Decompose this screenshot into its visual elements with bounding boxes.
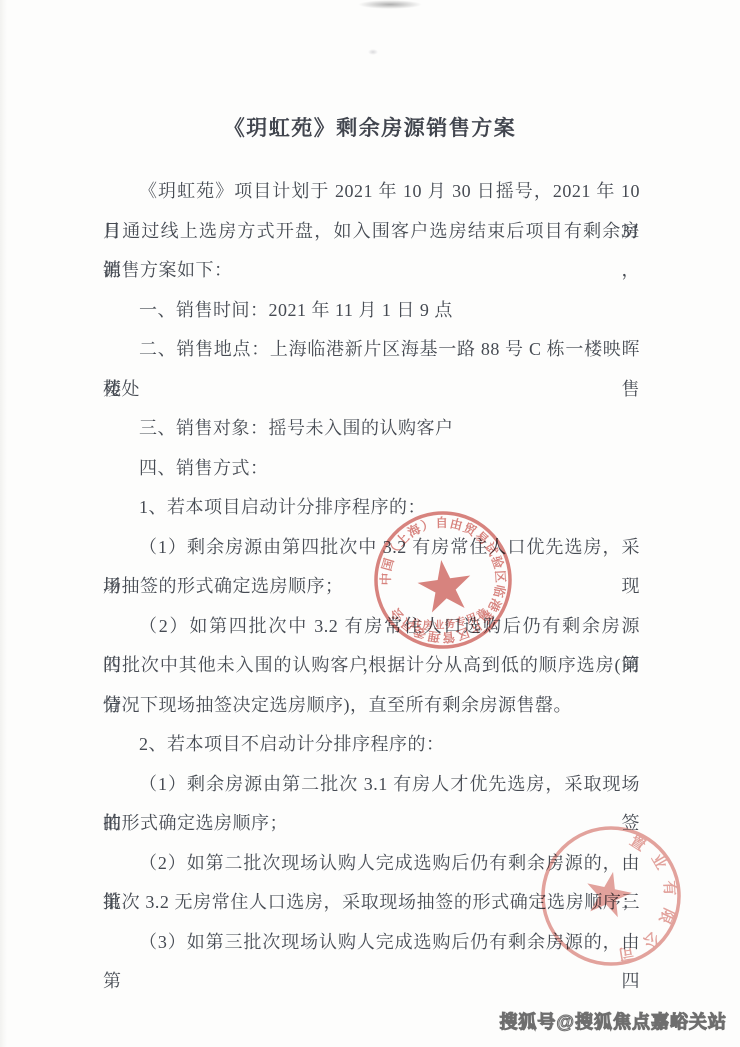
scan-artifact-smudge: [358, 0, 422, 9]
document-line: （2）如第四批次中 3.2 有房常住人口选购后仍有剩余房源的，第: [103, 607, 640, 647]
document-body: 《玥虹苑》项目计划于 2021 年 10 月 30 日摇号，2021 年 10 …: [103, 172, 640, 962]
document-line: 一、销售时间：2021 年 11 月 1 日 9 点: [103, 291, 640, 331]
document-line: 二、销售地点：上海临港新片区海基一路 88 号 C 栋一楼映晖苑售: [103, 330, 640, 370]
document-line: 1、若本项目启动计分排序程序的：: [103, 488, 640, 528]
document-line: 日通过线上选房方式开盘，如入围客户选房结束后项目有剩余房源，: [103, 212, 640, 252]
document-line: （3）如第三批次现场认购人完成选购后仍有剩余房源的，由第四: [103, 923, 640, 963]
scan-artifact-dot: [368, 49, 378, 55]
document-line: （1）剩余房源由第四批次中 3.2 有房常住人口优先选房，采用现: [103, 528, 640, 568]
document-line: （2）如第二批次现场认购人完成选购后仍有剩余房源的，由第三: [103, 844, 640, 884]
document-line: 《玥虹苑》项目计划于 2021 年 10 月 30 日摇号，2021 年 10 …: [103, 172, 640, 212]
document-line: 2、若本项目不启动计分排序程序的：: [103, 725, 640, 765]
document-line: 四、销售方式：: [103, 449, 640, 489]
document-line: 三、销售对象：摇号未入围的认购客户: [103, 409, 640, 449]
document-title: 《玥虹苑》剩余房源销售方案: [0, 112, 740, 142]
document-line: 四批次中其他未入围的认购客户根据计分从高到低的顺序选房(同分: [103, 646, 640, 686]
document-line: （1）剩余房源由第二批次 3.1 有房人才优先选房，采取现场抽签: [103, 765, 640, 805]
watermark-text: 搜狐号@搜狐焦点嘉峪关站: [499, 1008, 727, 1034]
document-line: 批次 3.2 无房常住人口选房，采取现场抽签的形式确定选房顺序；: [103, 883, 640, 923]
document-line: 情况下现场抽签决定选房顺序)，直至所有剩余房源售罄。: [103, 686, 640, 726]
